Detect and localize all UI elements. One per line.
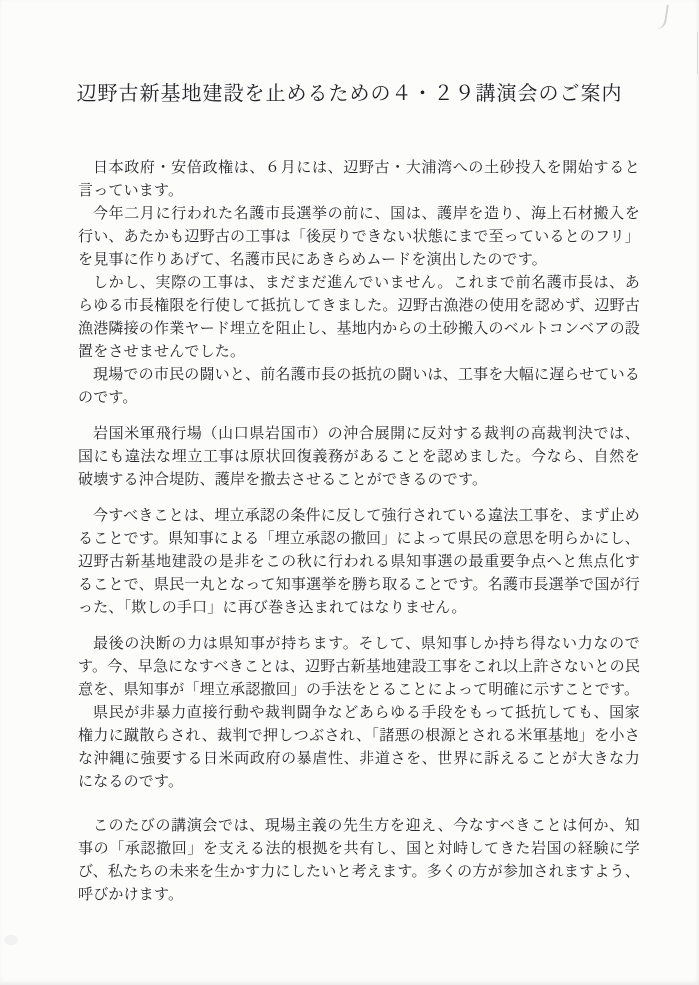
scan-artifact-right-edge bbox=[697, 32, 698, 74]
scan-artifact-bottom-left bbox=[4, 935, 18, 945]
paragraph-nonviolent-resistance: 県民が非暴力直接行動や裁判闘争などあらゆる手段をもって抵抗しても、国家権力に蹴散… bbox=[78, 701, 640, 793]
paragraph-former-mayor-resistance: しかし、実際の工事は、まだまだ進んでいません。これまで前名護市長は、あらゆる市長… bbox=[78, 271, 640, 363]
document-body: 日本政府・安倍政権は、６月には、辺野古・大浦湾への土砂投入を開始すると言っていま… bbox=[78, 156, 640, 906]
scan-artifact-top-right bbox=[655, 3, 669, 30]
paragraph-governor-power: 最後の決断の力は県知事が持ちます。そして、県知事しか持ち得ない力なのです。今、早… bbox=[78, 632, 640, 701]
document-title: 辺野古新基地建設を止めるための４・２９講演会のご案内 bbox=[40, 80, 659, 106]
paragraph-iwakuni-court-ruling: 岩国米軍飛行場（山口県岩国市）の沖合展開に反対する裁判の高裁判決では、国にも違法… bbox=[78, 422, 640, 491]
paragraph-intro-soil-dumping: 日本政府・安倍政権は、６月には、辺野古・大浦湾への土砂投入を開始すると言っていま… bbox=[78, 156, 640, 202]
scanned-page: 辺野古新基地建設を止めるための４・２９講演会のご案内 日本政府・安倍政権は、６月… bbox=[0, 0, 699, 985]
paragraph-construction-delayed: 現場での市民の闘いと、前名護市長の抵抗の闘いは、工事を大幅に遅らせているのです。 bbox=[78, 363, 640, 409]
paragraph-lecture-invitation: このたびの講演会では、現場主義の先生方を迎え、今なすべきことは何か、知事の「承認… bbox=[78, 814, 640, 906]
paragraph-nago-mayor-election: 今年二月に行われた名護市長選挙の前に、国は、護岸を造り、海上石材搬入を行い、あた… bbox=[78, 202, 640, 271]
paragraph-revoke-landfill-approval: 今すべきことは、埋立承認の条件に反して強行されている違法工事を、まず止めることで… bbox=[78, 504, 640, 619]
